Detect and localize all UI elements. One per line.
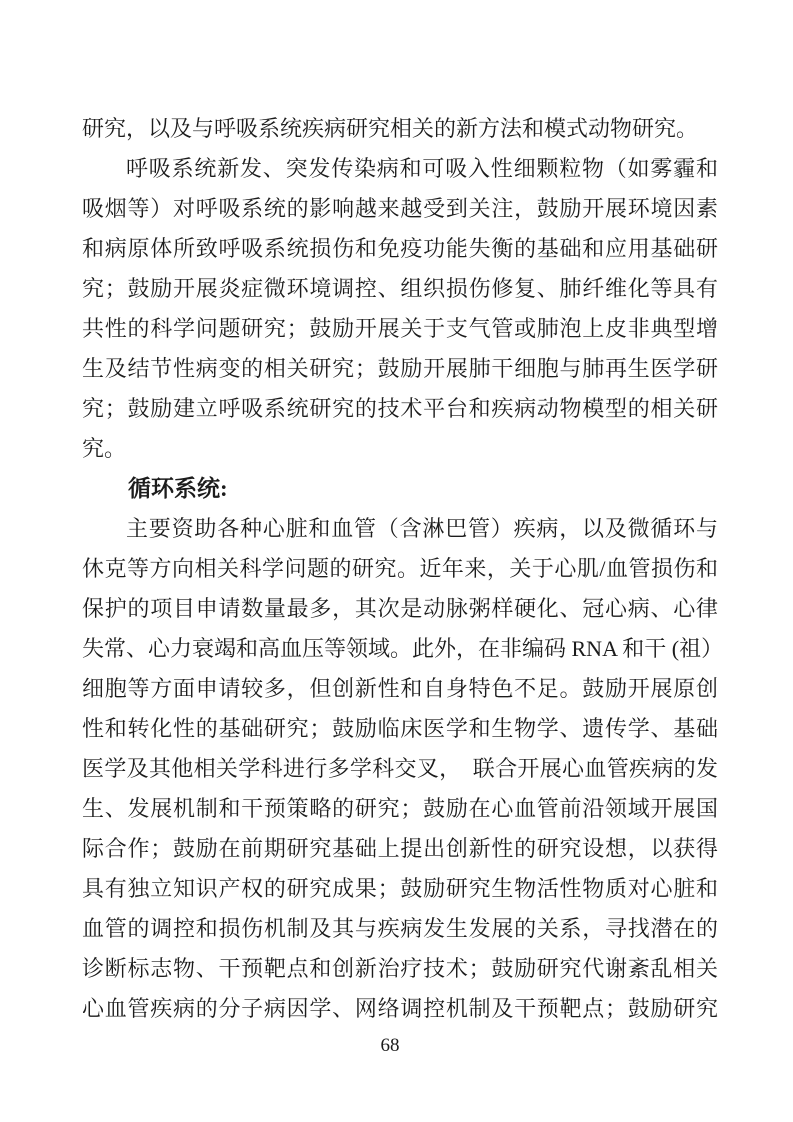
text-line: 究；鼓励建立呼吸系统研究的技术平台和疾病动物模型的相关研: [82, 389, 718, 429]
text-line: 究；鼓励开展炎症微环境调控、组织损伤修复、肺纤维化等具有: [82, 269, 718, 309]
text-line: 休克等方向相关科学问题的研究。近年来，关于心肌/血管损伤和: [82, 549, 718, 589]
text-line: 保护的项目申请数量最多，其次是动脉粥样硬化、冠心病、心律: [82, 589, 718, 629]
text-line: 具有独立知识产权的研究成果；鼓励研究生物活性物质对心脏和: [82, 869, 718, 909]
text-line: 呼吸系统新发、突发传染病和可吸入性细颗粒物（如雾霾和: [82, 149, 718, 189]
text-line: 生、发展机制和干预策略的研究；鼓励在心血管前沿领域开展国: [82, 789, 718, 829]
section-heading: 循环系统:: [82, 469, 718, 509]
text-line: 和病原体所致呼吸系统损伤和免疫功能失衡的基础和应用基础研: [82, 229, 718, 269]
text-line: 细胞等方面申请较多，但创新性和自身特色不足。鼓励开展原创: [82, 669, 718, 709]
text-line: 性和转化性的基础研究；鼓励临床医学和生物学、遗传学、基础: [82, 709, 718, 749]
text-line: 血管的调控和损伤机制及其与疾病发生发展的关系，寻找潜在的: [82, 909, 718, 949]
text-line: 诊断标志物、干预靶点和创新治疗技术；鼓励研究代谢紊乱相关: [82, 949, 718, 989]
text-line: 生及结节性病变的相关研究；鼓励开展肺干细胞与肺再生医学研: [82, 349, 718, 389]
text-line: 主要资助各种心脏和血管（含淋巴管）疾病，以及微循环与: [82, 509, 718, 549]
text-line: 研究，以及与呼吸系统疾病研究相关的新方法和模式动物研究。: [82, 109, 718, 149]
text-line: 究。: [82, 429, 718, 469]
text-line: 吸烟等）对呼吸系统的影响越来越受到关注，鼓励开展环境因素: [82, 189, 718, 229]
page-number: 68: [0, 1033, 780, 1059]
text-line: 心血管疾病的分子病因学、网络调控机制及干预靶点；鼓励研究: [82, 989, 718, 1029]
document-content: 研究，以及与呼吸系统疾病研究相关的新方法和模式动物研究。呼吸系统新发、突发传染病…: [82, 109, 718, 1029]
text-line: 医学及其他相关学科进行多学科交叉， 联合开展心血管疾病的发: [82, 749, 718, 789]
document-page: 研究，以及与呼吸系统疾病研究相关的新方法和模式动物研究。呼吸系统新发、突发传染病…: [0, 0, 793, 1122]
text-line: 失常、心力衰竭和高血压等领域。此外，在非编码 RNA 和干 (祖）: [82, 629, 718, 669]
text-line: 际合作；鼓励在前期研究基础上提出创新性的研究设想，以获得: [82, 829, 718, 869]
text-line: 共性的科学问题研究；鼓励开展关于支气管或肺泡上皮非典型增: [82, 309, 718, 349]
